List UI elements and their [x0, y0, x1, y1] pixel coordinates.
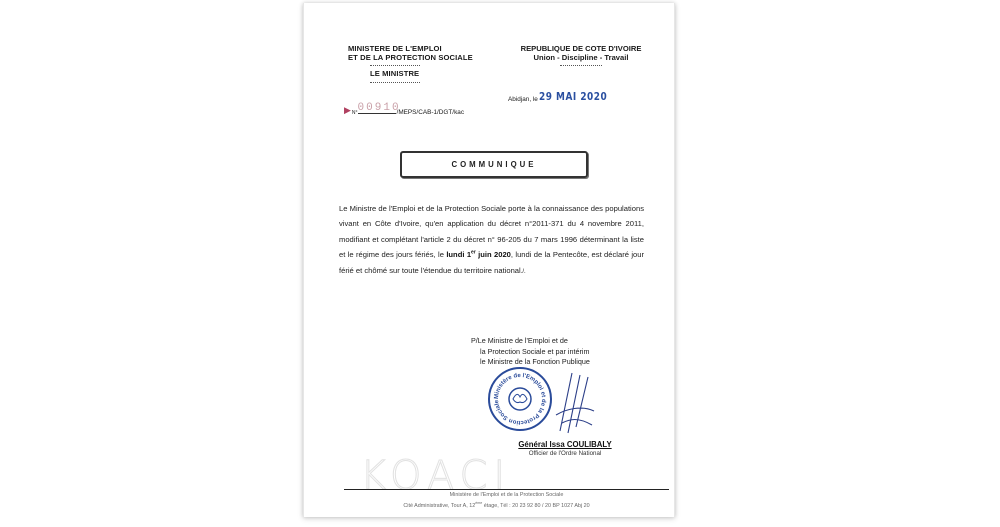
divider — [560, 65, 602, 66]
footer-line2: Cité Administrative, Tour A, 12ème étage… — [334, 501, 659, 509]
authority-line3: le Ministre de la Fonction Publique — [471, 357, 590, 368]
authority-line1: P/Le Ministre de l'Emploi et de — [471, 336, 568, 345]
date-place: Abidjan, le — [508, 96, 538, 103]
seal-text: Ministère de l'Emploi et de la Protectio… — [490, 369, 546, 425]
minister-label: LE MINISTRE — [370, 69, 473, 78]
document-page: MINISTERE DE L'EMPLOI ET DE LA PROTECTIO… — [303, 3, 675, 517]
national-motto: Union - Discipline - Travail — [534, 53, 629, 62]
svg-text:Ministère de l'Emploi et de la: Ministère de l'Emploi et de la Protectio… — [490, 369, 546, 425]
footer-line1: Ministère de l'Emploi et de la Protectio… — [344, 492, 669, 498]
stamp-mark-icon: ▶ — [344, 105, 351, 116]
ministry-name-line1: MINISTERE DE L'EMPLOI — [348, 44, 442, 53]
official-seal-icon: Ministère de l'Emploi et de la Protectio… — [488, 367, 552, 431]
authority-line2: la Protection Sociale et par intérim — [471, 347, 590, 358]
document-title: COMMUNIQUE — [400, 151, 588, 178]
date-stamp: 29 MAI 2020 — [539, 91, 607, 103]
date-line: Abidjan, le 29 MAI 2020 — [508, 91, 619, 103]
signer-name: Général Issa COULIBALY — [487, 440, 643, 449]
footer-rule — [344, 489, 669, 490]
reference-number: ▶ N° 00910 /MEPS/CAB-1/DGT/kac — [344, 101, 464, 116]
ministry-header: MINISTERE DE L'EMPLOI ET DE LA PROTECTIO… — [348, 44, 473, 83]
reference-stamp: 00910 — [358, 102, 401, 114]
ministry-name-line2: ET DE LA PROTECTION SOCIALE — [348, 53, 473, 62]
communique-body: Le Ministre de l'Emploi et de la Protect… — [339, 201, 644, 280]
end-mark: ./. — [521, 269, 526, 275]
handwritten-signature-icon — [552, 371, 596, 441]
reference-suffix: /MEPS/CAB-1/DGT/kac — [397, 109, 464, 116]
republic-name: REPUBLIQUE DE COTE D'IVOIRE — [521, 44, 642, 53]
divider — [370, 82, 420, 83]
republic-header: REPUBLIQUE DE COTE D'IVOIRE Union - Disc… — [506, 44, 656, 66]
signature-authority: P/Le Ministre de l'Emploi et de la Prote… — [471, 336, 590, 368]
divider — [370, 65, 420, 66]
reference-blank: 00910 — [358, 101, 396, 114]
holiday-date: lundi 1er juin 2020 — [446, 250, 511, 259]
